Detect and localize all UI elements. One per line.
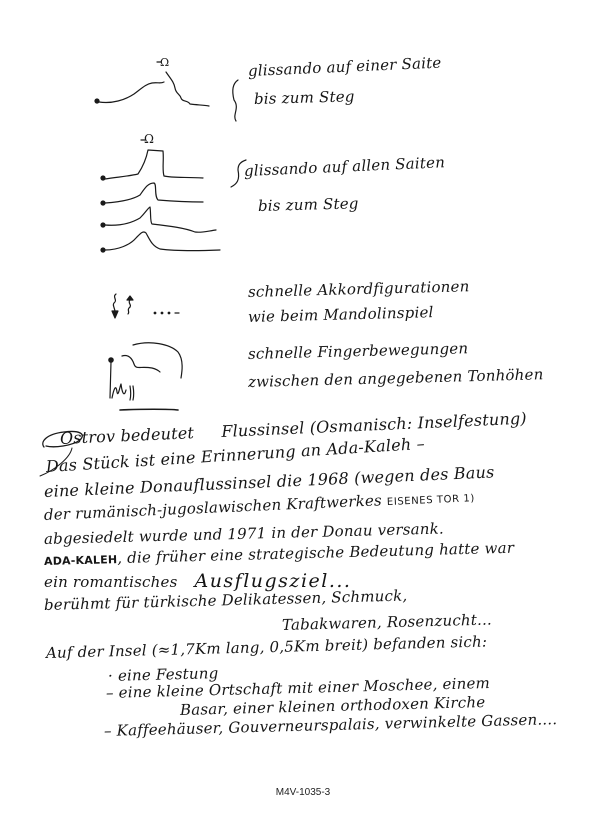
svg-text:Ω: Ω	[160, 56, 169, 69]
legend-2-line-2: bis zum Steg	[258, 194, 359, 215]
page-id: M4V-1035-3	[0, 787, 606, 798]
svg-text:Ω: Ω	[144, 132, 154, 146]
bracket-line	[233, 80, 238, 121]
text-ada-kaleh: ADA-KALEH	[44, 553, 118, 568]
finger-movement-icon	[109, 343, 182, 400]
text-romantisches: ein romantisches	[44, 573, 178, 591]
glissando-single-string-icon: Ω	[95, 56, 209, 106]
glissando-all-strings-icon: Ω	[101, 132, 220, 252]
arpeggio-arrows-icon	[112, 294, 179, 318]
legend-1-line-2: bis zum Steg	[254, 87, 355, 108]
text-eisenes-tor: EISENES TOR 1)	[387, 493, 475, 508]
manuscript-page: Ω Ω	[0, 0, 606, 818]
